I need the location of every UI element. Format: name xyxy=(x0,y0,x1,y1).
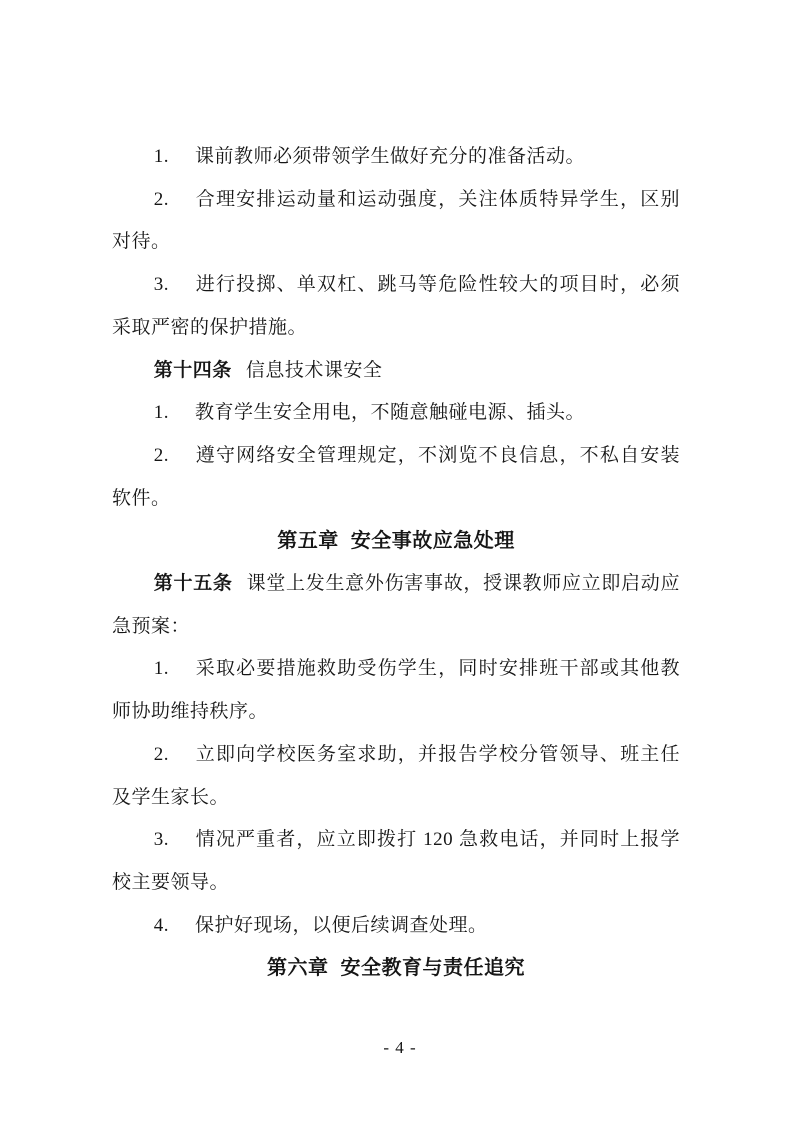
document-page: 1.课前教师必须带领学生做好充分的准备活动。 2.合理安排运动量和运动强度，关注… xyxy=(0,0,800,1132)
page-footer: - 4 - xyxy=(0,1038,800,1058)
item-number: 1. xyxy=(154,658,169,679)
numbered-item: 2.合理安排运动量和运动强度，关注体质特异学生，区别对待。 xyxy=(112,179,680,264)
item-text: 课前教师必须带领学生做好充分的准备活动。 xyxy=(195,146,585,167)
numbered-item: 3.情况严重者，应立即拨打 120 急救电话，并同时上报学校主要领导。 xyxy=(112,819,680,904)
item-text: 合理安排运动量和运动强度，关注体质特异学生，区别对待。 xyxy=(112,189,680,253)
numbered-item: 1.课前教师必须带领学生做好充分的准备活动。 xyxy=(112,136,680,179)
numbered-item: 1.采取必要措施救助受伤学生，同时安排班干部或其他教师协助维持秩序。 xyxy=(112,648,680,733)
item-number: 4. xyxy=(154,915,169,936)
item-text: 情况严重者，应立即拨打 120 急救电话，并同时上报学校主要领导。 xyxy=(112,829,680,893)
chapter-lead: 第五章 xyxy=(277,530,339,552)
article-heading: 第十五条课堂上发生意外伤害事故，授课教师应立即启动应急预案： xyxy=(112,563,680,648)
chapter-title: 安全教育与责任追究 xyxy=(341,957,526,979)
article-lead: 第十五条 xyxy=(154,573,233,594)
item-text: 进行投掷、单双杠、跳马等危险性较大的项目时，必须采取严密的保护措施。 xyxy=(112,274,680,338)
item-text: 教育学生安全用电，不随意触碰电源、插头。 xyxy=(195,402,585,423)
chapter-title: 安全事故应急处理 xyxy=(351,530,515,552)
item-text: 立即向学校医务室求助，并报告学校分管领导、班主任及学生家长。 xyxy=(112,744,680,808)
item-number: 1. xyxy=(154,146,169,167)
article-text: 信息技术课安全 xyxy=(246,360,383,381)
item-number: 3. xyxy=(154,274,169,295)
numbered-item: 2.立即向学校医务室求助，并报告学校分管领导、班主任及学生家长。 xyxy=(112,734,680,819)
item-text: 采取必要措施救助受伤学生，同时安排班干部或其他教师协助维持秩序。 xyxy=(112,658,680,722)
item-number: 1. xyxy=(154,402,169,423)
item-number: 3. xyxy=(154,829,169,850)
chapter-lead: 第六章 xyxy=(267,957,329,979)
item-text: 遵守网络安全管理规定，不浏览不良信息，不私自安装软件。 xyxy=(112,445,680,509)
chapter-heading: 第六章安全教育与责任追究 xyxy=(112,947,680,990)
page-number: - 4 - xyxy=(383,1038,416,1057)
numbered-item: 4.保护好现场，以便后续调查处理。 xyxy=(112,905,680,948)
chapter-heading: 第五章安全事故应急处理 xyxy=(112,520,680,563)
article-lead: 第十四条 xyxy=(154,360,232,381)
item-text: 保护好现场，以便后续调查处理。 xyxy=(195,915,488,936)
article-heading: 第十四条信息技术课安全 xyxy=(112,350,680,393)
numbered-item: 3.进行投掷、单双杠、跳马等危险性较大的项目时，必须采取严密的保护措施。 xyxy=(112,264,680,349)
numbered-item: 2.遵守网络安全管理规定，不浏览不良信息，不私自安装软件。 xyxy=(112,435,680,520)
document-body: 1.课前教师必须带领学生做好充分的准备活动。 2.合理安排运动量和运动强度，关注… xyxy=(112,136,680,990)
item-number: 2. xyxy=(154,744,169,765)
item-number: 2. xyxy=(154,445,169,466)
numbered-item: 1.教育学生安全用电，不随意触碰电源、插头。 xyxy=(112,392,680,435)
item-number: 2. xyxy=(154,189,169,210)
